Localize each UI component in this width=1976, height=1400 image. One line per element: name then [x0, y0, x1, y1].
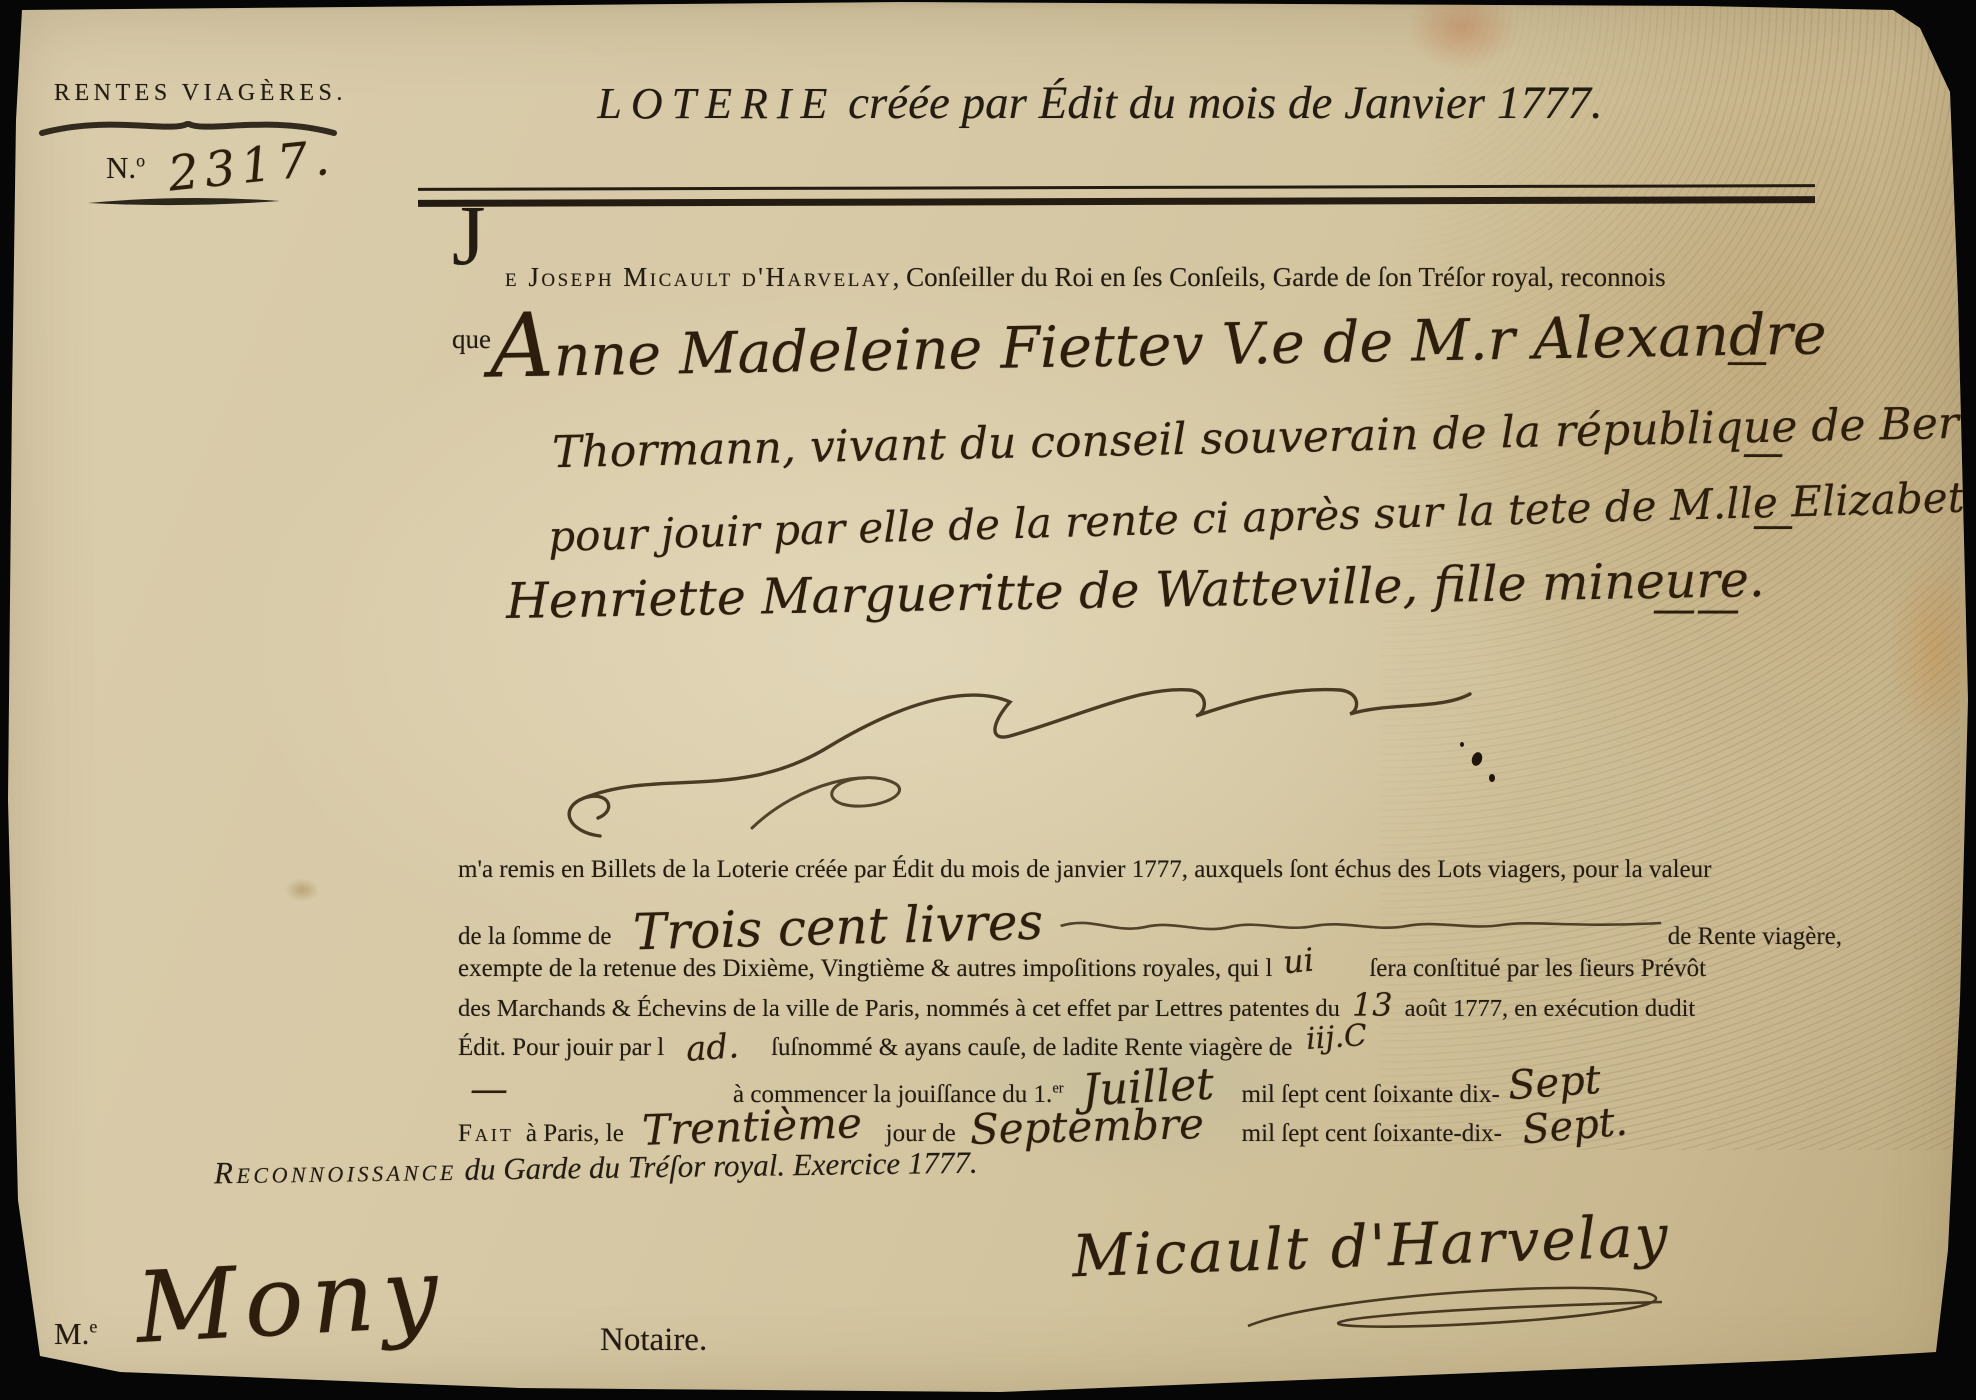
schedule-line7: Fait à Paris, le Trentième jour de Septe…: [458, 1102, 1627, 1151]
manuscript-line2-dash: —: [1742, 428, 1784, 477]
title-double-rule: [418, 184, 1815, 207]
line3-print-b: ſera conſtitué par les ſieurs Prévôt: [1369, 955, 1706, 982]
line5-print-a: Édit. Pour jouir par l: [458, 1034, 664, 1061]
line5-print-b: ſuſnommé & ayans cauſe, de ladite Rente …: [771, 1034, 1292, 1061]
scan-background: RENTES VIAGÈRES. N.o 2317. LOTERIE créée…: [0, 0, 1976, 1400]
ink-blot: [1460, 742, 1464, 747]
schedule-line1: m'a remis en Billets de la Loterie créée…: [458, 856, 1711, 884]
fait-word: Fait: [458, 1120, 514, 1147]
notary-prefix: M.e: [54, 1316, 97, 1352]
line4-print-b: août 1777, en exécution dudit: [1405, 995, 1696, 1022]
manuscript-line4-dash: ——: [1652, 584, 1740, 635]
certificate-number-value: 2317.: [166, 129, 338, 202]
schedule-line5: Édit. Pour jouir par l ad. ſuſnommé & ay…: [458, 1024, 1367, 1064]
notary-signature: Mony: [134, 1244, 449, 1358]
declaration-name: e Joseph Micault d'Harvelay: [505, 262, 893, 292]
document-title: LOTERIE créée par Édit du mois de Janvie…: [400, 76, 1800, 130]
line4-print-a: des Marchands & Échevins de la ville de …: [458, 995, 1340, 1022]
title-rest: créée par Édit du mois de Janvier 1777.: [848, 77, 1602, 129]
certificate-number-prefix: N.o: [106, 150, 145, 186]
series-label: RENTES VIAGÈRES.: [54, 80, 347, 107]
month-handwritten: Septembre: [969, 1099, 1204, 1154]
notary-title: Notaire.: [600, 1322, 707, 1359]
signature-paraph: [1230, 1262, 1670, 1342]
year-handwritten: Sept.: [1520, 1098, 1629, 1153]
number-prefix-sup: o: [136, 151, 145, 171]
center-flourish: [540, 650, 1540, 850]
ink-blot: [1489, 774, 1495, 782]
declaration-que: que: [452, 324, 491, 355]
number-prefix-text: N.: [106, 150, 136, 185]
recon-rest: du Garde du Tréſor royal. Exercice 1777.: [464, 1145, 978, 1187]
line6-ordinal-sup: er: [1052, 1081, 1063, 1097]
schedule-line3: exempte de la retenue des Dixième, Vingt…: [458, 946, 1706, 984]
schedule-line4: des Marchands & Échevins de la ville de …: [458, 986, 1695, 1024]
reconnoissance-line: Reconnoissance du Garde du Tréſor royal.…: [214, 1145, 978, 1192]
line3-insert-ui: ui: [1281, 940, 1316, 981]
manuscript-line3-dash: —: [1752, 500, 1794, 549]
declaration-line: e Joseph Micault d'Harvelay, Conſeiller …: [505, 262, 1666, 293]
notary-prefix-text: M.: [54, 1316, 89, 1351]
declaration-rest: , Conſeiller du Roi en ſes Conſeils, Gar…: [893, 262, 1666, 292]
fill-squiggle: [1053, 912, 1667, 943]
line7-print-a: à Paris, le: [526, 1120, 624, 1147]
manuscript-line1-dash: —: [1726, 336, 1768, 385]
line7-print-c: mil ſept cent ſoixante-dix-: [1242, 1120, 1502, 1147]
notary-prefix-sup: e: [89, 1317, 97, 1337]
declaration-dropcap: J: [452, 192, 485, 278]
recon-word: Reconnoissance: [214, 1152, 457, 1190]
line5-insert-amount: iij.C: [1305, 1018, 1368, 1057]
parchment-sheet: RENTES VIAGÈRES. N.o 2317. LOTERIE créée…: [0, 0, 1976, 1400]
line3-print-a: exempte de la retenue des Dixième, Vingt…: [458, 955, 1273, 982]
line7-print-b: jour de: [886, 1120, 956, 1147]
title-word-loterie: LOTERIE: [597, 79, 836, 128]
number-underline-swash: [86, 194, 282, 208]
